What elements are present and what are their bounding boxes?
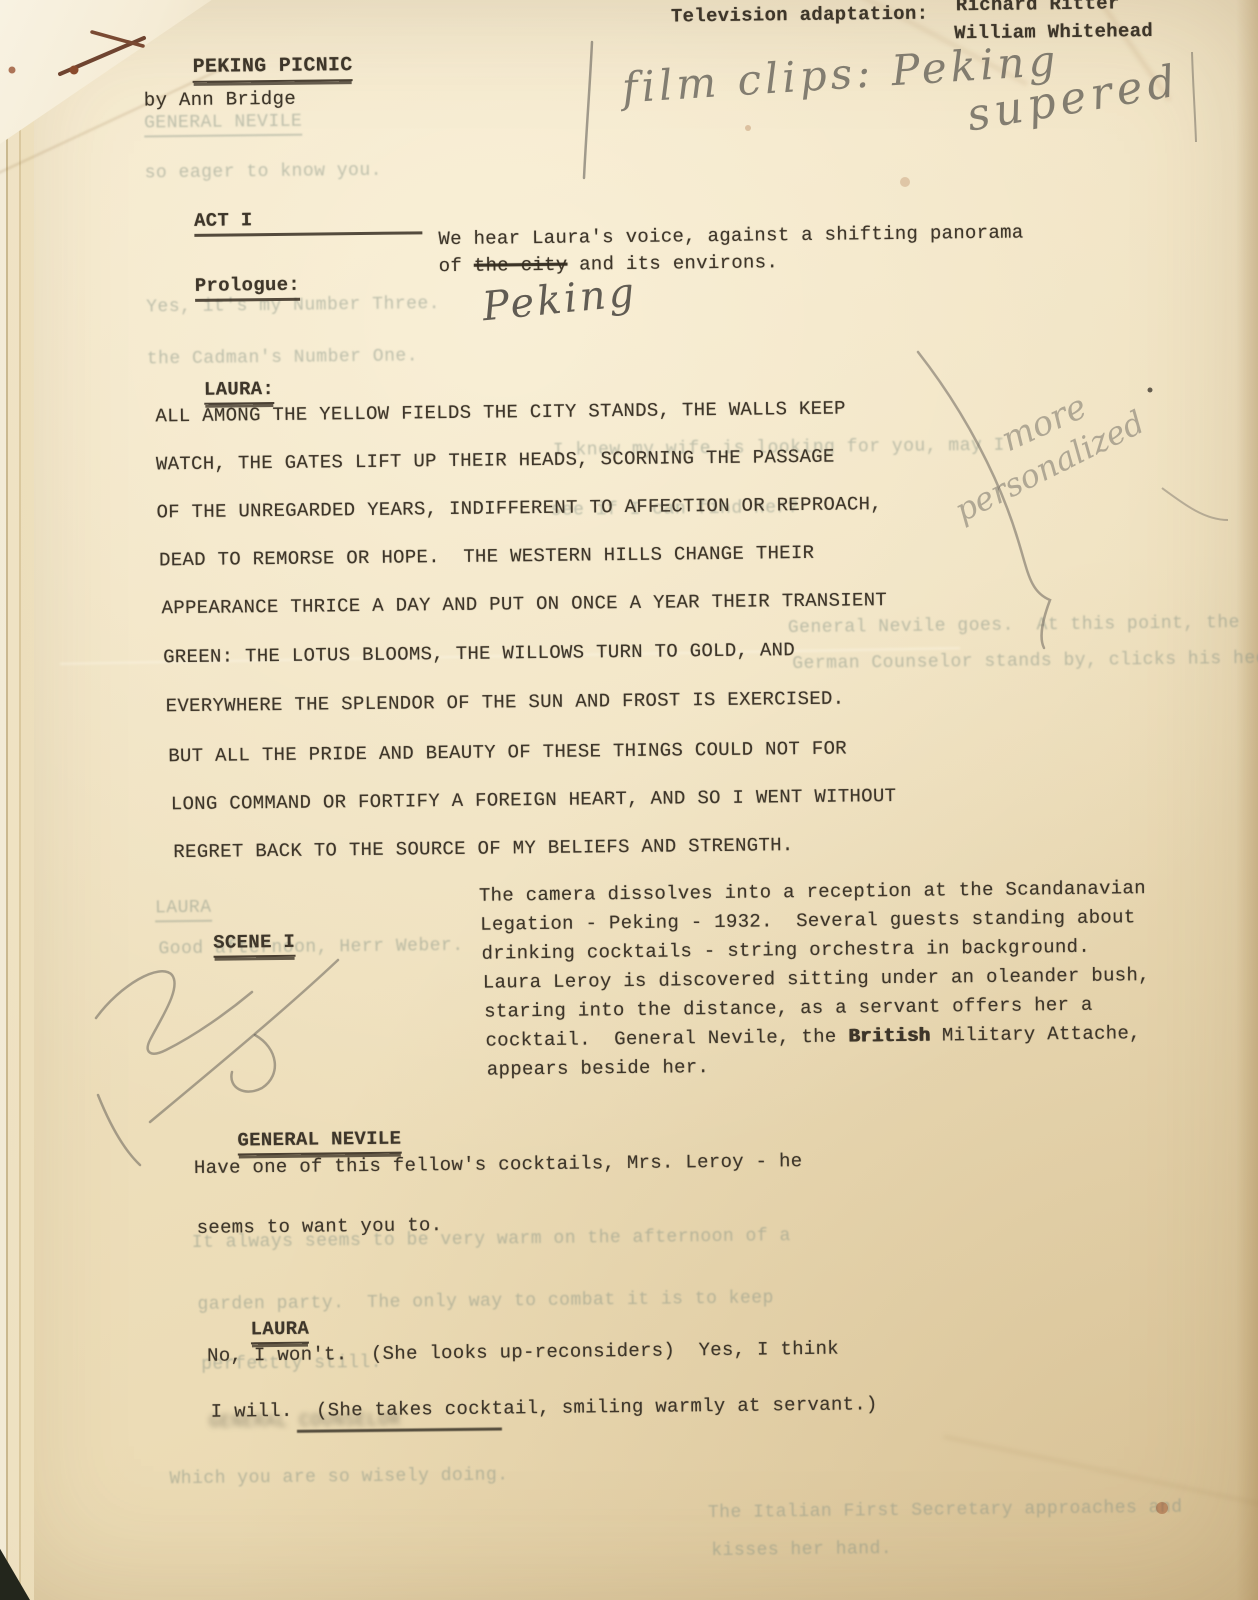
ghost-text: so eager to know you. [145, 161, 383, 184]
dialogue-line: seems to want you to. [197, 1214, 443, 1239]
dialogue-line: I will. (She takes cocktail, smiling war… [211, 1393, 878, 1423]
handwritten-peking: Peking [480, 269, 639, 330]
speaker-heading-text: GENERAL NEVILE [237, 1128, 401, 1156]
script-title-text: PEKING PICNIC [193, 54, 353, 83]
scene-line6-suffix: Military Attache, [930, 1022, 1141, 1046]
prologue-line2-suffix: and its environs. [567, 251, 778, 275]
ghost-text: The Italian First Secretary approaches a… [708, 1498, 1183, 1523]
monologue-line: EVERYWHERE THE SPLENDOR OF THE SUN AND F… [166, 688, 845, 718]
speaker-heading-text: LAURA [250, 1318, 309, 1345]
ghost-text: GENERAL NEVILE [144, 112, 302, 138]
typed-content-layer: GENERAL NEVILE so eager to know you. Yes… [0, 0, 1258, 1600]
monologue-line: APPEARANCE THRICE A DAY AND PUT ON ONCE … [161, 589, 887, 619]
act-heading-text: ACT I [194, 207, 422, 237]
act-heading: ACT I [147, 185, 423, 259]
scene-direction-line: The camera dissolves into a reception at… [479, 877, 1146, 907]
scene-line6-prefix: cocktail. General Nevile, the [485, 1026, 848, 1052]
prologue-line2-prefix: of [439, 255, 474, 277]
scene-direction-line: Legation - Peking - 1932. Several guests… [480, 906, 1136, 935]
prologue-direction-line: We hear Laura's voice, against a shiftin… [438, 221, 1023, 250]
scene-direction-line: Laura Leroy is discovered sitting under … [483, 964, 1150, 994]
byline: by Ann Bridge [144, 88, 296, 112]
monologue-line: WATCH, THE GATES LIFT UP THEIR HEADS, SC… [156, 446, 835, 476]
speaker-heading-text: LAURA: [204, 378, 275, 405]
monologue-line: REGRET BACK TO THE SOURCE OF MY BELIEFS … [173, 834, 793, 863]
scene-direction-line: appears beside her. [487, 1056, 710, 1081]
monologue-line: GREEN: THE LOTUS BLOOMS, THE WILLOWS TUR… [163, 639, 795, 668]
ghost-text: General Nevile goes. At this point, the [788, 613, 1240, 638]
scanned-script-page: { "header": { "title": "PEKING PICNIC", … [0, 0, 1258, 1600]
overtyped-word: British [848, 1025, 930, 1048]
monologue-line: OF THE UNREGARDED YEARS, INDIFFERENT TO … [156, 493, 882, 523]
ghost-text: German Counselor stands by, clicks his h… [792, 648, 1258, 674]
prologue-direction-line: of the city and its environs. [439, 251, 779, 277]
adaptation-label: Television adaptation: [671, 3, 929, 28]
monologue-line: DEAD TO REMORSE OR HOPE. THE WESTERN HIL… [159, 542, 815, 571]
scene-direction-line: cocktail. General Nevile, the British Mi… [485, 1022, 1141, 1051]
scene-direction-line: staring into the distance, as a servant … [484, 994, 1093, 1023]
monologue-line: BUT ALL THE PRIDE AND BEAUTY OF THESE TH… [168, 738, 847, 768]
monologue-line: LONG COMMAND OR FORTIFY A FOREIGN HEART,… [171, 785, 897, 815]
ghost-text: kisses her hand. [711, 1539, 892, 1561]
scene-heading: SCENE I [166, 909, 296, 980]
scene-heading-text: SCENE I [213, 931, 295, 958]
ghost-text: Which you are so wisely doing. [169, 1465, 508, 1489]
adaptation-name: Richard Ritter [956, 0, 1120, 16]
scene-direction-line: drinking cocktails - string orchestra in… [481, 936, 1090, 965]
prologue-label: Prologue: [148, 252, 301, 325]
prologue-label-text: Prologue: [195, 274, 301, 302]
struck-text: the city [474, 254, 568, 277]
